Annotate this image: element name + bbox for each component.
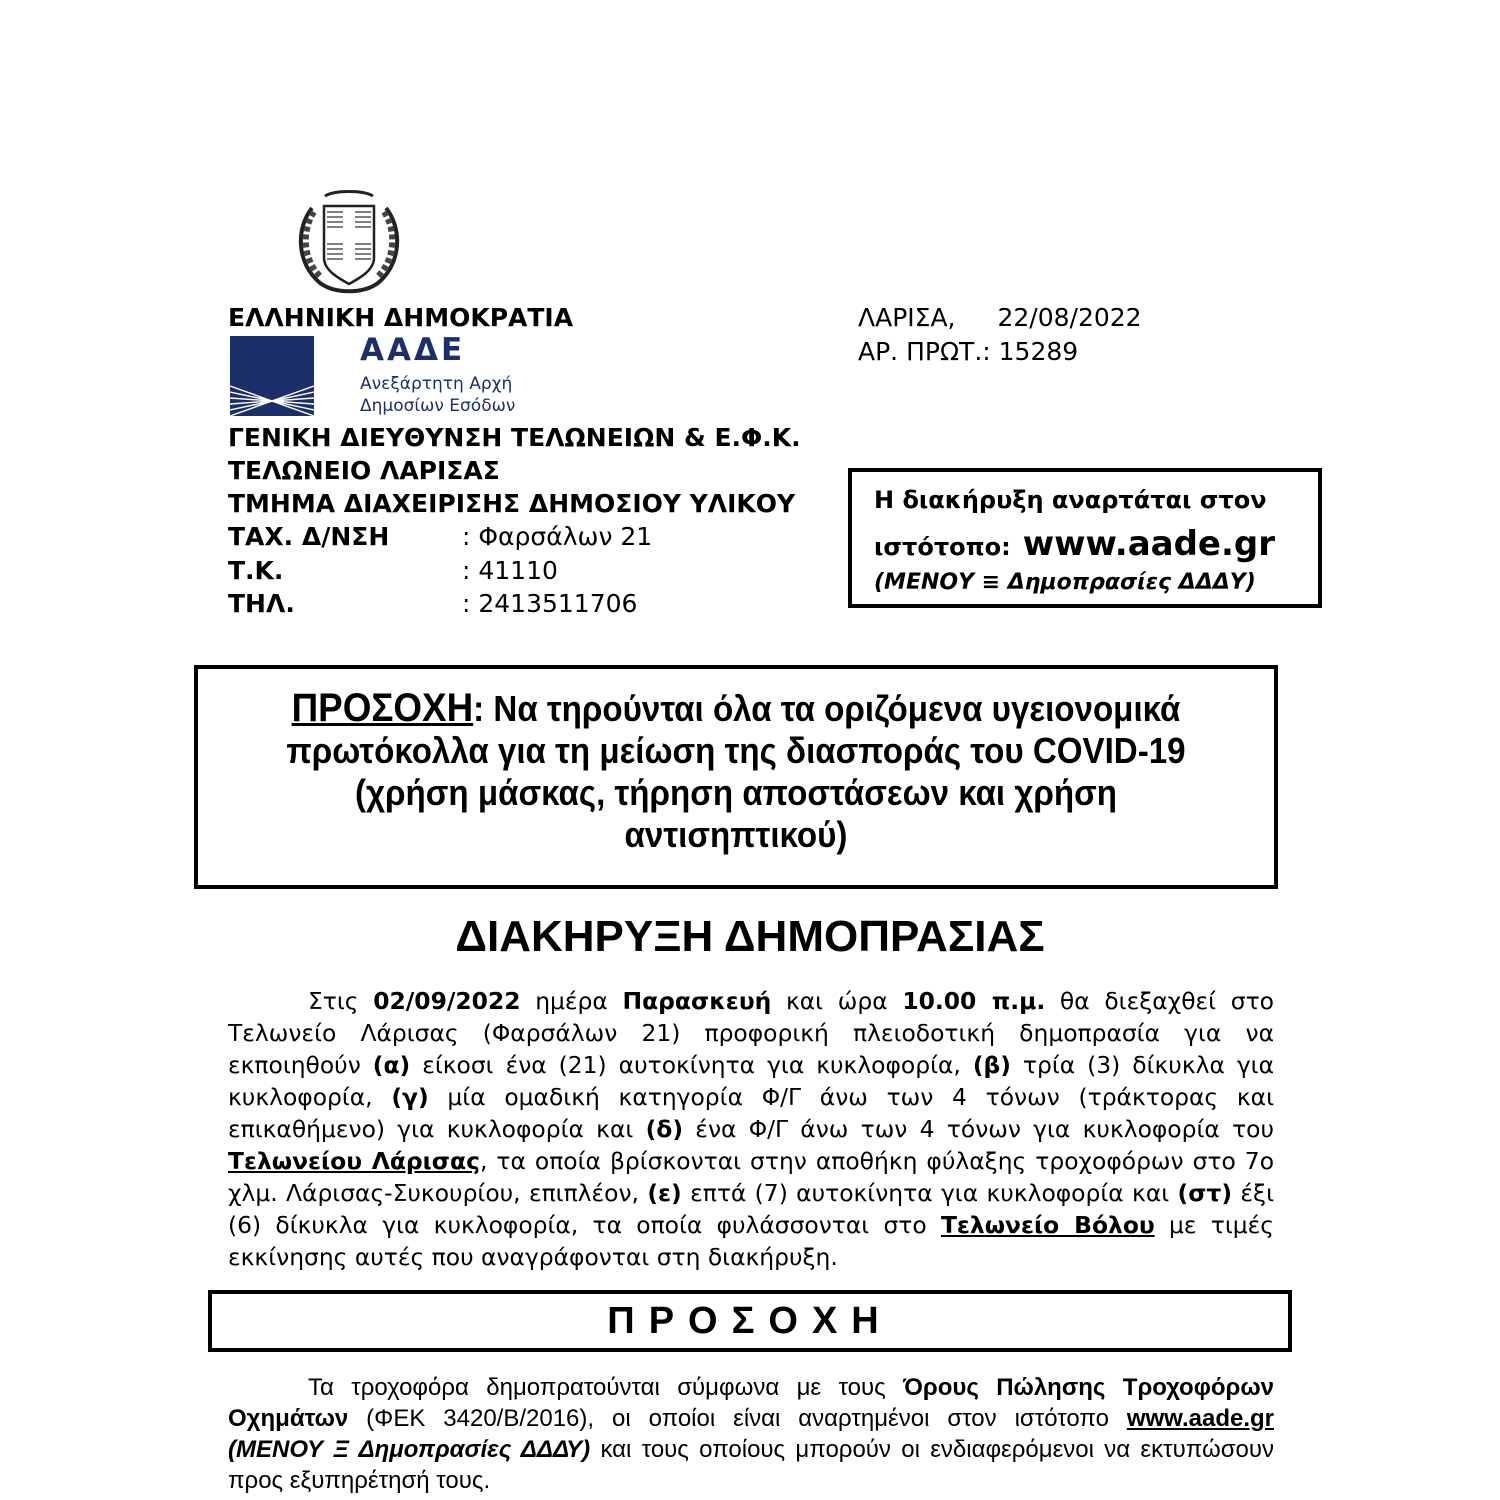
document-date: 22/08/2022 [998,303,1142,332]
page-title: ΔΙΑΚΗΡΥΞΗ ΔΗΜΟΠΡΑΣΙΑΣ [0,912,1500,962]
postcode-value: : 41110 [462,556,558,585]
text: Τα τροχοφόρα δημοπρατούνται σύμφωνα με τ… [308,1374,903,1401]
general-directorate: ΓΕΝΙΚΗ ΔΙΕΥΘΥΝΣΗ ΤΕΛΩΝΕΙΩΝ & Ε.Φ.Κ. [228,423,801,452]
aade-logo: ΑΑΔΕ Ανεξάρτητη Αρχή Δημοσίων Εσόδων [230,336,550,420]
phone-value: : 2413511706 [462,589,637,618]
place: ΛΑΡΙΣΑ, [858,303,956,332]
item-label-d: (δ) [646,1115,683,1143]
auction-day: Παρασκευή [623,987,772,1015]
text: ημέρα [521,987,623,1015]
place-date: ΛΑΡΙΣΑ,22/08/2022 [858,303,1142,332]
text: και ώρα [771,987,902,1015]
republic-heading: ΕΛΛΗΝΙΚΗ ΔΗΜΟΚΡΑΤΙΑ [228,303,573,332]
protocol-number: 15289 [999,337,1079,366]
item-label-c: (γ) [391,1083,428,1111]
address-label: ΤΑΧ. Δ/ΝΣΗ [228,522,462,551]
protocol-number-row: ΑΡ. ΠΡΩΤ.: 15289 [858,337,1078,366]
aade-name-line1: Ανεξάρτητη Αρχή [360,374,512,394]
protocol-label: ΑΡ. ΠΡΩΤ.: [858,337,991,366]
aade-name-line2: Δημοσίων Εσόδων [360,396,515,416]
volos-customs-office: Τελωνείο Βόλου [941,1211,1155,1239]
aade-logo-mark-icon [230,336,314,416]
auction-details-paragraph: Στις 02/09/2022 ημέρα Παρασκευή και ώρα … [228,985,1274,1273]
covid-notice-text: ΠΡΟΣΟΧΗ: Να τηρούνται όλα τα οριζόμενα υ… [241,669,1231,856]
address-row-phone: ΤΗΛ.: 2413511706 [228,589,637,618]
item-label-e: (ε) [647,1179,681,1207]
item-label-a: (α) [373,1051,410,1079]
terms-paragraph: Τα τροχοφόρα δημοπρατούνται σύμφωνα με τ… [228,1372,1274,1496]
aade-website-link[interactable]: www.aade.gr [1023,524,1275,564]
department: ΤΜΗΜΑ ΔΙΑΧΕΙΡΙΣΗΣ ΔΗΜΟΣΙΟΥ ΥΛΙΚΟΥ [228,489,795,518]
customs-office: ΤΕΛΩΝΕΙΟ ΛΑΡΙΣΑΣ [228,456,500,485]
phone-label: ΤΗΛ. [228,589,462,618]
menu-path: (ΜΕΝΟΥ Ξ Δημοπρασίες ΔΔΔΥ) [228,1436,590,1463]
text: είκοσι ένα (21) αυτοκίνητα για κυκλοφορί… [410,1051,973,1079]
address-value: : Φαρσάλων 21 [462,522,652,551]
covid-notice-lead: ΠΡΟΣΟΧΗ [292,686,474,730]
address-row-postcode: Τ.Κ.: 41110 [228,556,558,585]
covid-notice-box: ΠΡΟΣΟΧΗ: Να τηρούνται όλα τα οριζόμενα υ… [194,665,1278,889]
text: ένα Φ/Γ άνω των 4 τόνων για κυκλοφορία τ… [683,1115,1274,1143]
attention-box: ΠΡΟΣΟΧΗ [208,1290,1292,1352]
notice-line2: ιστότοπο:www.aade.gr [874,524,1275,564]
item-label-f: (στ) [1178,1179,1233,1207]
notice-prefix: ιστότοπο: [874,533,1011,561]
publication-notice-box: Η διακήρυξη αναρτάται στον ιστότοπο:www.… [848,468,1322,608]
attention-heading: ΠΡΟΣΟΧΗ [212,1294,1288,1348]
postcode-label: Τ.Κ. [228,556,462,585]
notice-line1: Η διακήρυξη αναρτάται στον [874,486,1267,514]
greek-coat-of-arms-icon [290,188,408,298]
address-row-street: ΤΑΧ. Δ/ΝΣΗ: Φαρσάλων 21 [228,522,652,551]
text: επτά (7) αυτοκίνητα για κυκλοφορία και [682,1179,1178,1207]
aade-website-link[interactable]: www.aade.gr [1127,1405,1274,1432]
aade-abbr: ΑΑΔΕ [360,332,465,368]
notice-menu-path: (ΜΕΝΟΥ ≡ Δημοπρασίες ΔΔΔΥ) [874,570,1256,595]
text: Στις [308,987,373,1015]
text: (ΦΕΚ 3420/Β/2016), οι οποίοι είναι αναρτ… [348,1405,1127,1432]
larisa-customs-office: Τελωνείου Λάρισας [228,1147,480,1175]
item-label-b: (β) [973,1051,1011,1079]
auction-date: 02/09/2022 [373,987,520,1015]
auction-time: 10.00 π.μ. [902,987,1045,1015]
